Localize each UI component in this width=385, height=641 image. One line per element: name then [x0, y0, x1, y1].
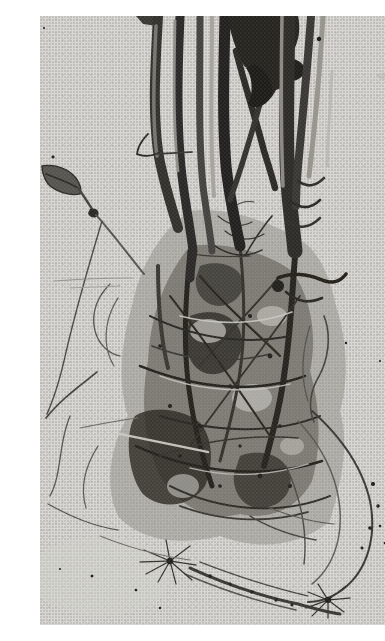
halftone-screen-overlay [40, 16, 385, 625]
halftone-photo-figure [40, 16, 385, 625]
root-system-photo [40, 16, 385, 625]
